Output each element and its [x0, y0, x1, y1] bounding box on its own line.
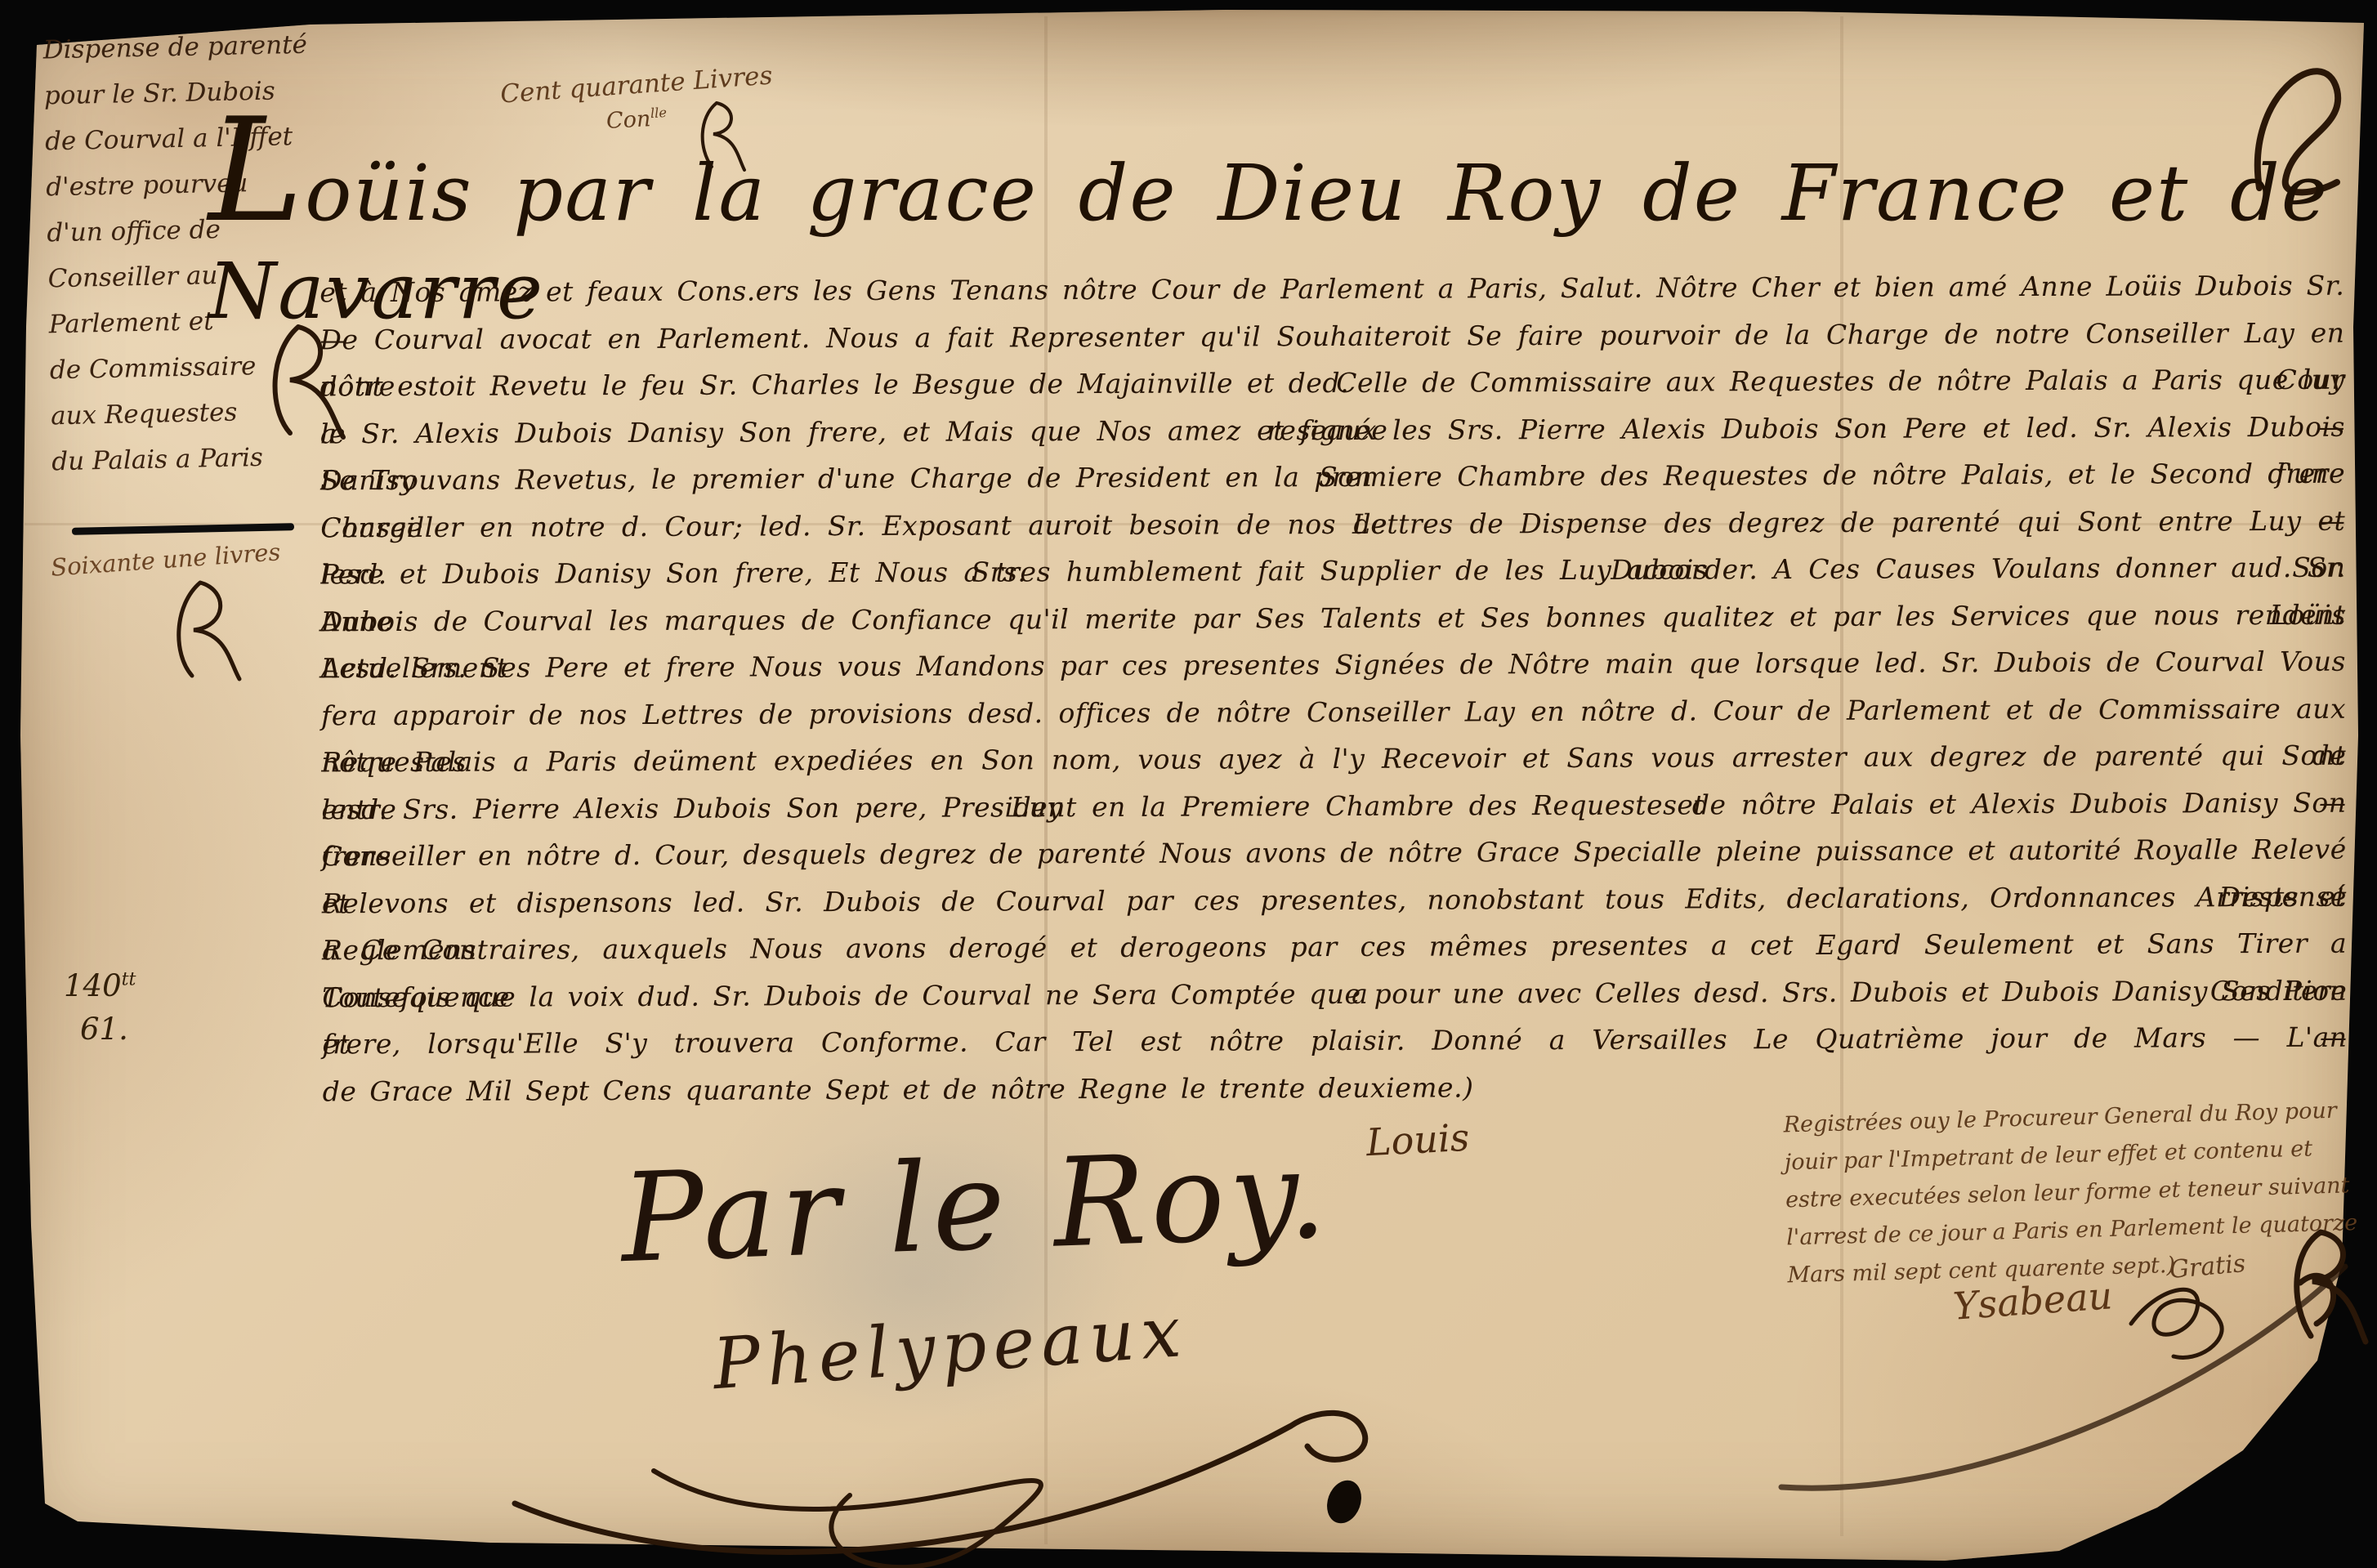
body-line: Pere et Dubois Danisy Son frere, Et Nous…: [320, 544, 2345, 598]
body-text: et à Nos amez et feaux Cons.ers les Gens…: [319, 262, 2348, 1115]
margin-note-line: Dispense de parenté: [42, 22, 307, 74]
fee-amount-value: 140: [64, 968, 122, 1003]
body-line: Dubois de Courval les marques de Confian…: [321, 591, 2346, 645]
body-line: Conseiller en nôtre d. Cour, desquels de…: [322, 826, 2347, 880]
body-line: le Sr. Alexis Dubois Danisy Son frere, e…: [320, 403, 2345, 457]
body-line: Relevons et dispensons led. Sr. Dubois d…: [322, 873, 2347, 927]
fee-amount-unit: tt: [122, 969, 136, 990]
fee-amount: 140tt: [64, 968, 136, 1003]
body-line: Se Trouvans Revetus, le premier d'une Ch…: [320, 450, 2345, 504]
scanned-manuscript: Dispense de parenté pour le Sr. Dubois d…: [0, 0, 2377, 1568]
controle-superscript: lle: [650, 105, 667, 121]
body-line: a Ce Contraires, auxquels Nous avons der…: [322, 920, 2347, 974]
body-line: fera apparoir de nos Lettres de provisio…: [321, 685, 2346, 739]
body-line: frere, lorsqu'Elle S'y trouvera Conforme…: [322, 1014, 2347, 1068]
body-line: Conseiller en notre d. Cour; led. Sr. Ex…: [320, 497, 2345, 551]
body-line: De Courval avocat en Parlement. Nous a f…: [319, 309, 2344, 363]
body-line: Lesd. Srs. Ses Pere et frere Nous vous M…: [321, 638, 2346, 692]
registrar-paraph: [2125, 1275, 2231, 1373]
body-line: dont estoit Revetu le feu Sr. Charles le…: [320, 356, 2345, 410]
countersignature-par-le-roy: Par le Roy.: [619, 1124, 1334, 1290]
king-signature: Louis: [1365, 1115, 1471, 1165]
secretary-signature-flourish: [490, 1381, 1430, 1568]
gratis-paraph: [2272, 1226, 2377, 1348]
body-line: et à Nos amez et feaux Cons.ers les Gens…: [319, 262, 2344, 316]
fee-amount-secondary: 61.: [80, 1012, 128, 1047]
body-line: nôtre Palais a Paris deüment expediées e…: [321, 732, 2346, 786]
body-line: lesd. Srs. Pierre Alexis Dubois Son pere…: [321, 779, 2346, 833]
paraph-flourish: [159, 576, 249, 682]
body-line: Toutefois que la voix dud. Sr. Dubois de…: [322, 967, 2347, 1021]
